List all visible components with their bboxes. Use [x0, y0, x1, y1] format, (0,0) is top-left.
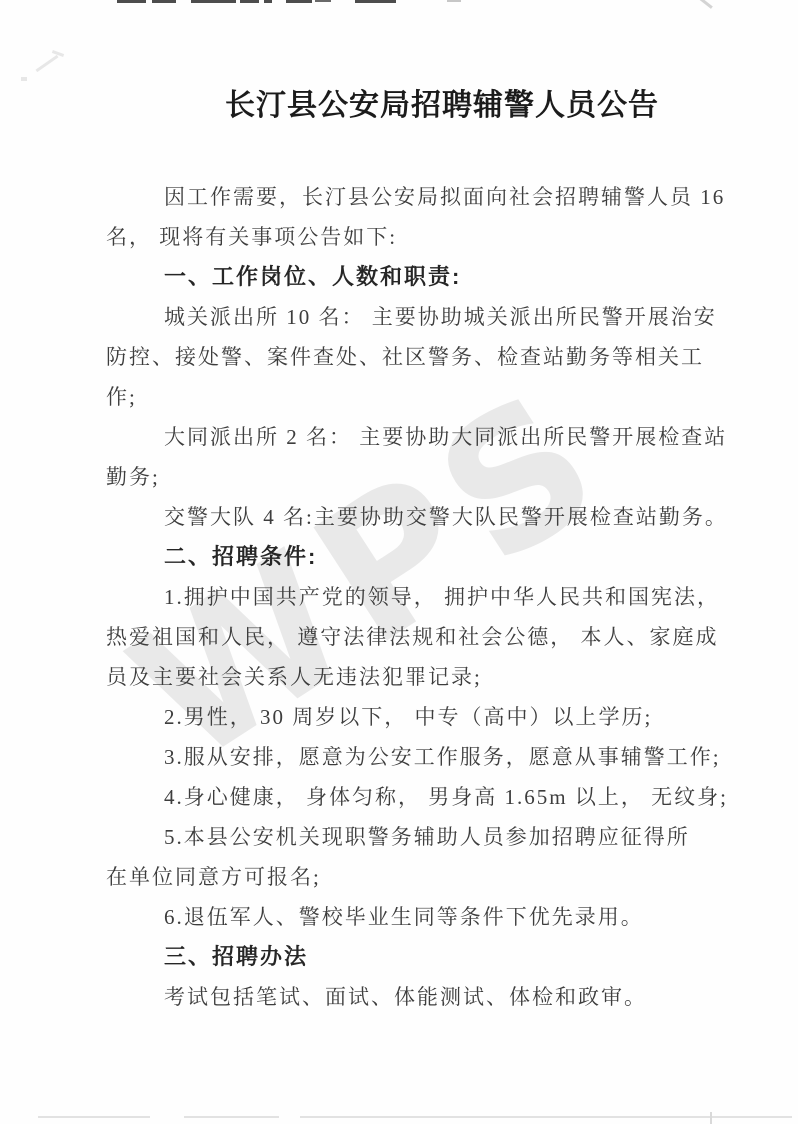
document-line: 1.拥护中国共产党的领导， 拥护中华人民共和国宪法，	[106, 577, 698, 617]
document-line: 6.退伍军人、警校毕业生同等条件下优先录用。	[106, 897, 698, 937]
document-line: 热爱祖国和人民， 遵守法律法规和社会公德， 本人、家庭成	[106, 617, 698, 657]
scan-dash	[447, 0, 461, 2]
document-line: 交警大队 4 名:主要协助交警大队民警开展检查站勤务。	[106, 497, 698, 537]
document-line: 因工作需要，长汀县公安局拟面向社会招聘辅警人员 16	[106, 177, 698, 217]
document-title: 长汀县公安局招聘辅警人员公告	[146, 84, 738, 128]
document-line: 考试包括笔试、面试、体能测试、体检和政审。	[106, 977, 698, 1017]
document-line: 名， 现将有关事项公告如下:	[106, 217, 698, 257]
scan-dash	[286, 0, 312, 3]
document-line: 防控、接处警、案件查处、社区警务、检查站勤务等相关工	[106, 337, 698, 377]
scan-dash	[117, 0, 146, 3]
document-line: 2.男性， 30 周岁以下， 中专（高中）以上学历;	[106, 697, 698, 737]
scan-edge-line	[184, 1116, 279, 1118]
scan-edge-tick	[710, 1112, 712, 1124]
document-line: 三、招聘办法	[106, 937, 698, 977]
document-line: 大同派出所 2 名： 主要协助大同派出所民警开展检查站	[106, 417, 698, 457]
scan-dash	[152, 0, 176, 3]
scan-dash	[315, 0, 331, 2]
document-line: 二、招聘条件:	[106, 537, 698, 577]
document-line: 3.服从安排，愿意为公安工作服务，愿意从事辅警工作;	[106, 737, 698, 777]
document-line: 一、工作岗位、人数和职责:	[106, 257, 698, 297]
document-line: 作;	[106, 377, 698, 417]
document-line: 在单位同意方可报名;	[106, 857, 698, 897]
scanned-document-page: WPS 长汀县公安局招聘辅警人员公告 因工作需要，长汀县公安局拟面向社会招聘辅警…	[0, 0, 798, 1124]
scan-dash	[240, 0, 259, 3]
document-body: 因工作需要，长汀县公安局拟面向社会招聘辅警人员 16名， 现将有关事项公告如下:…	[106, 177, 698, 1017]
document-line: 员及主要社会关系人无违法犯罪记录;	[106, 657, 698, 697]
scan-dash	[355, 0, 396, 3]
scan-edge-line	[300, 1116, 792, 1118]
scan-speck	[35, 55, 58, 72]
scan-dash	[191, 0, 236, 3]
document-line: 勤务;	[106, 457, 698, 497]
scan-edge-line	[38, 1116, 150, 1118]
scan-speck	[21, 77, 27, 81]
document-line: 城关派出所 10 名： 主要协助城关派出所民警开展治安	[106, 297, 698, 337]
scan-dash	[264, 0, 272, 3]
document-line: 5.本县公安机关现职警务辅助人员参加招聘应征得所	[106, 817, 698, 857]
scan-corner-mark	[695, 0, 713, 9]
document-line: 4.身心健康， 身体匀称， 男身高 1.65m 以上， 无纹身;	[106, 777, 698, 817]
